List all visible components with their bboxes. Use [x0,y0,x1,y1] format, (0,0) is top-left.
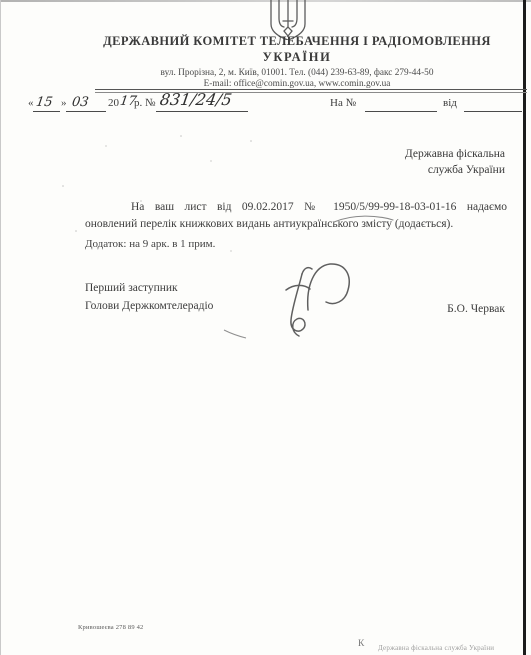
scan-noise [230,250,232,252]
scan-noise [75,230,77,232]
recipient-line2: служба України [285,162,505,178]
executor-contact: Кривошеєва 278 89 42 [78,624,144,631]
month-underline [66,110,106,112]
scan-noise [62,185,64,187]
year-suffix: р. № [134,97,156,109]
stamp-text-cutoff: Державна фіскальна служба України [378,644,494,652]
handwritten-signature [258,256,368,346]
handwritten-outgoing-number: 831/24/5 [159,90,234,109]
signer-position-line1: Перший заступник [85,280,213,298]
scan-edge-top [0,0,531,2]
handwritten-day: 15 [35,95,54,110]
org-address: вул. Прорізна, 2, м. Київ, 01001. Тел. (… [85,68,509,78]
body-line1: На ваш лист від 09.02.2017 № 1950/5/99-9… [85,199,507,216]
reply-date-underline [464,110,522,112]
reply-number-underline [365,110,437,112]
signer-position: Перший заступник Голови Держкомтелерадіо [85,280,213,315]
reply-number-label: На № [330,97,356,109]
reply-date-label: від [443,97,457,109]
body-paragraph: На ваш лист від 09.02.2017 № 1950/5/99-9… [85,199,507,233]
pen-mark [333,213,395,225]
scan-noise [180,135,182,137]
letterhead: ДЕРЖАВНИЙ КОМІТЕТ ТЕЛЕБАЧЕННЯ І РАДІОМОВ… [85,34,509,89]
org-name-line2: УКРАЇНИ [85,50,509,65]
stray-pen-stroke [222,327,248,341]
day-underline [33,110,60,112]
scanned-letter-page: ДЕРЖАВНИЙ КОМІТЕТ ТЕЛЕБАЧЕННЯ І РАДІОМОВ… [0,0,531,655]
letterhead-divider [95,89,527,93]
open-quote: « [28,97,34,109]
reference-line: « 15 » 03 20 17 р. № 831/24/5 На № від [0,94,531,116]
signer-name: Б.О. Червак [447,303,505,315]
scan-noise [140,200,142,202]
recipient-line1: Державна фіскальна [285,146,505,162]
recipient-block: Державна фіскальна служба України [285,146,505,178]
handwritten-month: 03 [71,95,90,110]
body-line2: оновлений перелік книжкових видань антиу… [85,216,507,233]
stamp-mark: К [358,639,364,649]
year-prefix: 20 [108,97,119,109]
scan-noise [210,160,212,162]
org-name-line1: ДЕРЖАВНИЙ КОМІТЕТ ТЕЛЕБАЧЕННЯ І РАДІОМОВ… [85,34,509,49]
signer-position-line2: Голови Держкомтелерадіо [85,298,213,316]
scan-noise [105,145,107,147]
number-underline [156,110,248,112]
close-quote: » [61,97,67,109]
scan-noise [250,140,252,142]
attachment-note: Додаток: на 9 арк. в 1 прим. [85,238,215,250]
org-email: E-mail: office@comin.gov.ua, www.comin.g… [85,79,509,89]
